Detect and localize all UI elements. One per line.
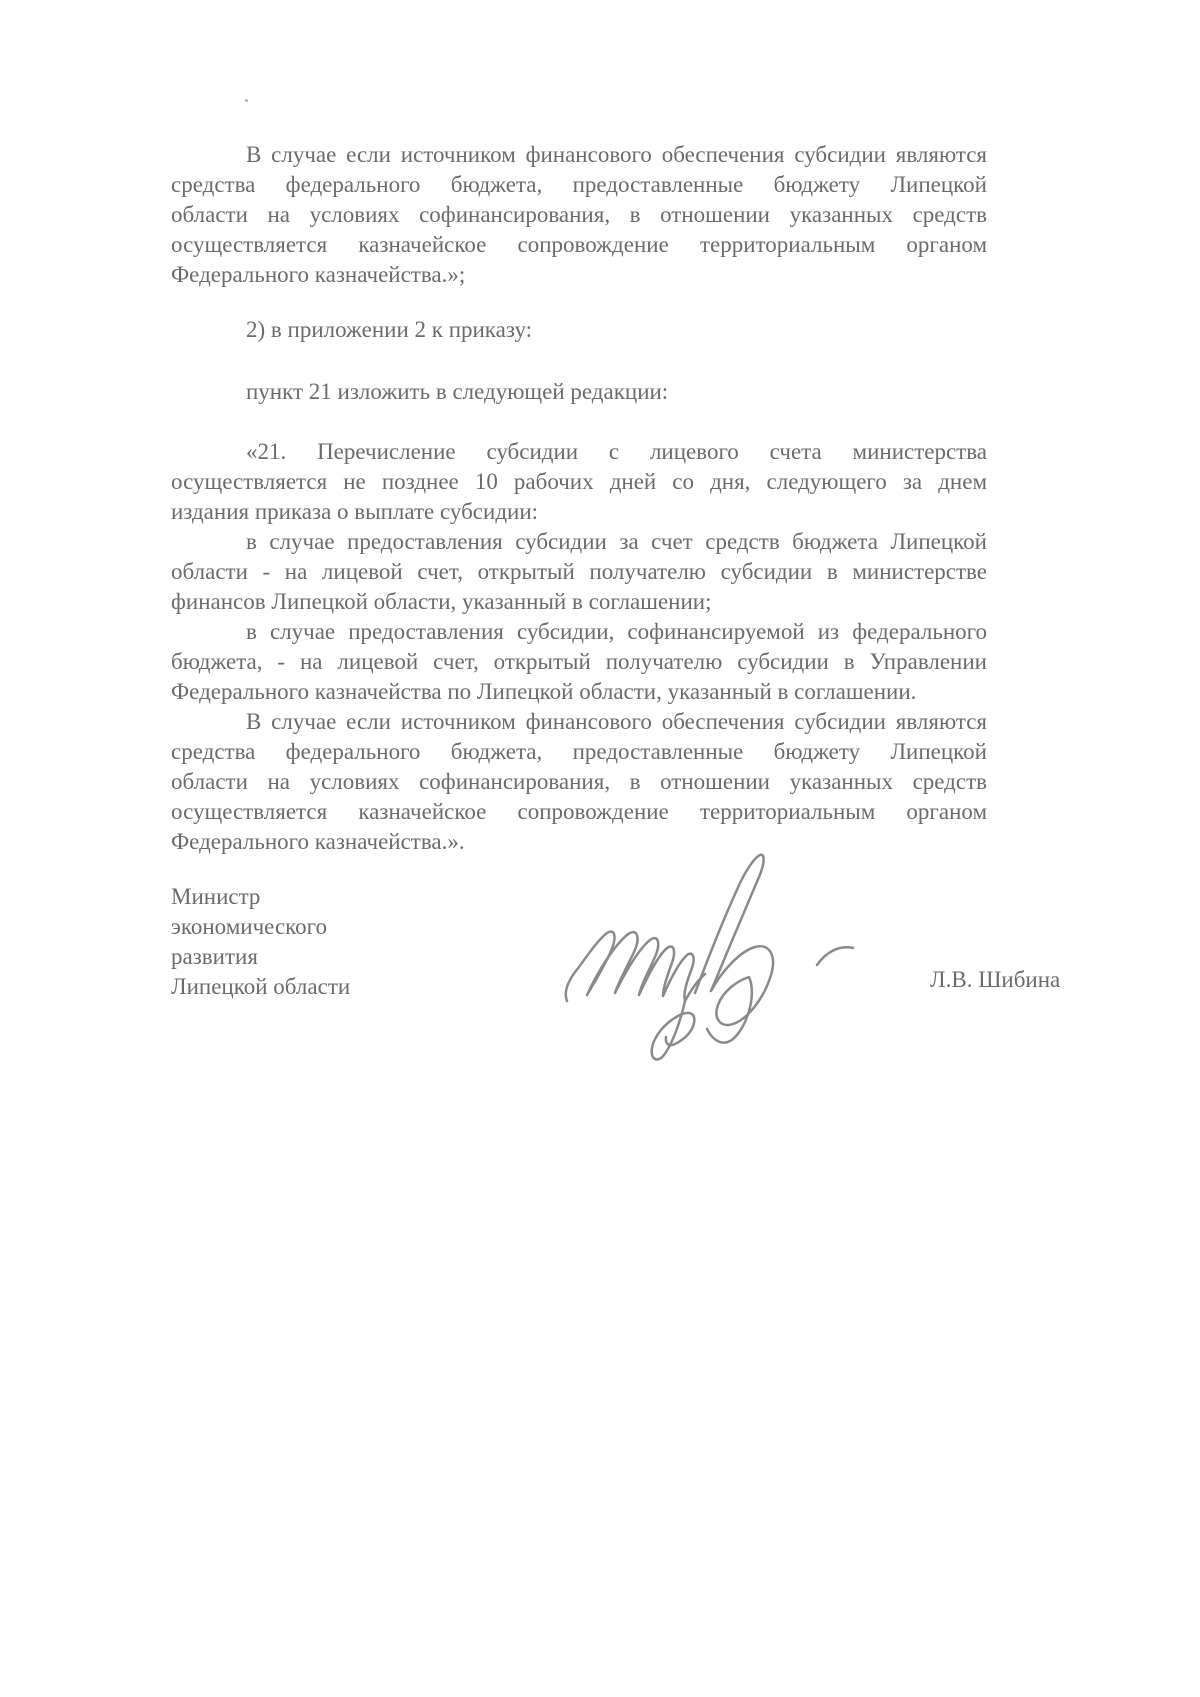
signer-position-line: Липецкой области	[171, 972, 350, 1002]
para-21-case-regional: в случае предоставления субсидии за счет…	[171, 527, 987, 617]
text-line: бюджета, - на лицевой счет, открытый пол…	[171, 647, 987, 677]
text-line: средства федерального бюджета, предостав…	[171, 737, 987, 767]
signer-position-line: развития	[171, 942, 350, 972]
text-line: осуществляется казначейское сопровождени…	[171, 230, 987, 260]
text-line: Федерального казначейства по Липецкой об…	[171, 677, 987, 707]
signature-stroke-spike-loop	[695, 855, 773, 1043]
text-line: осуществляется казначейское сопровождени…	[171, 797, 987, 827]
signature-stroke-letters	[566, 932, 705, 1001]
text-line: «21. Перечисление субсидии с лицевого сч…	[171, 437, 987, 467]
para-21-case-federal: в случае предоставления субсидии, софина…	[171, 617, 987, 707]
signer-position: Министр экономического развития Липецкой…	[171, 882, 350, 1002]
signature-stroke-descender	[652, 1001, 695, 1059]
handwritten-signature	[545, 843, 885, 1081]
para-intro: В случае если источником финансового обе…	[171, 140, 987, 290]
text-line: области - на лицевой счет, открытый полу…	[171, 557, 987, 587]
text-line: В случае если источником финансового обе…	[171, 140, 987, 170]
text-line: области на условиях софинансирования, в …	[171, 767, 987, 797]
scan-artifact-dot	[245, 99, 248, 102]
item-2: 2) в приложении 2 к приказу:	[171, 315, 987, 345]
text-line: издания приказа о выплате субсидии:	[171, 497, 987, 527]
signature-stroke-flourish	[817, 947, 853, 965]
text-line: средства федерального бюджета, предостав…	[171, 170, 987, 200]
text-line: 2) в приложении 2 к приказу:	[171, 315, 987, 345]
text-line: в случае предоставления субсидии за счет…	[171, 527, 987, 557]
text-line: области на условиях софинансирования, в …	[171, 200, 987, 230]
text-line: пункт 21 изложить в следующей редакции:	[171, 377, 987, 407]
text-line: В случае если источником финансового обе…	[171, 707, 987, 737]
item-punkt-21: пункт 21 изложить в следующей редакции:	[171, 377, 987, 407]
scanned-document-page: В случае если источником финансового обе…	[0, 0, 1200, 1697]
signer-position-line: Министр	[171, 882, 350, 912]
text-line: осуществляется не позднее 10 рабочих дне…	[171, 467, 987, 497]
text-line: Федерального казначейства.»;	[171, 260, 987, 290]
signer-name: Л.В. Шибина	[930, 965, 1060, 995]
para-21-head: «21. Перечисление субсидии с лицевого сч…	[171, 437, 987, 527]
signer-position-line: экономического	[171, 912, 350, 942]
text-line: финансов Липецкой области, указанный в с…	[171, 587, 987, 617]
document-text: В случае если источником финансового обе…	[171, 140, 987, 857]
para-21-treasury: В случае если источником финансового обе…	[171, 707, 987, 857]
text-line: в случае предоставления субсидии, софина…	[171, 617, 987, 647]
